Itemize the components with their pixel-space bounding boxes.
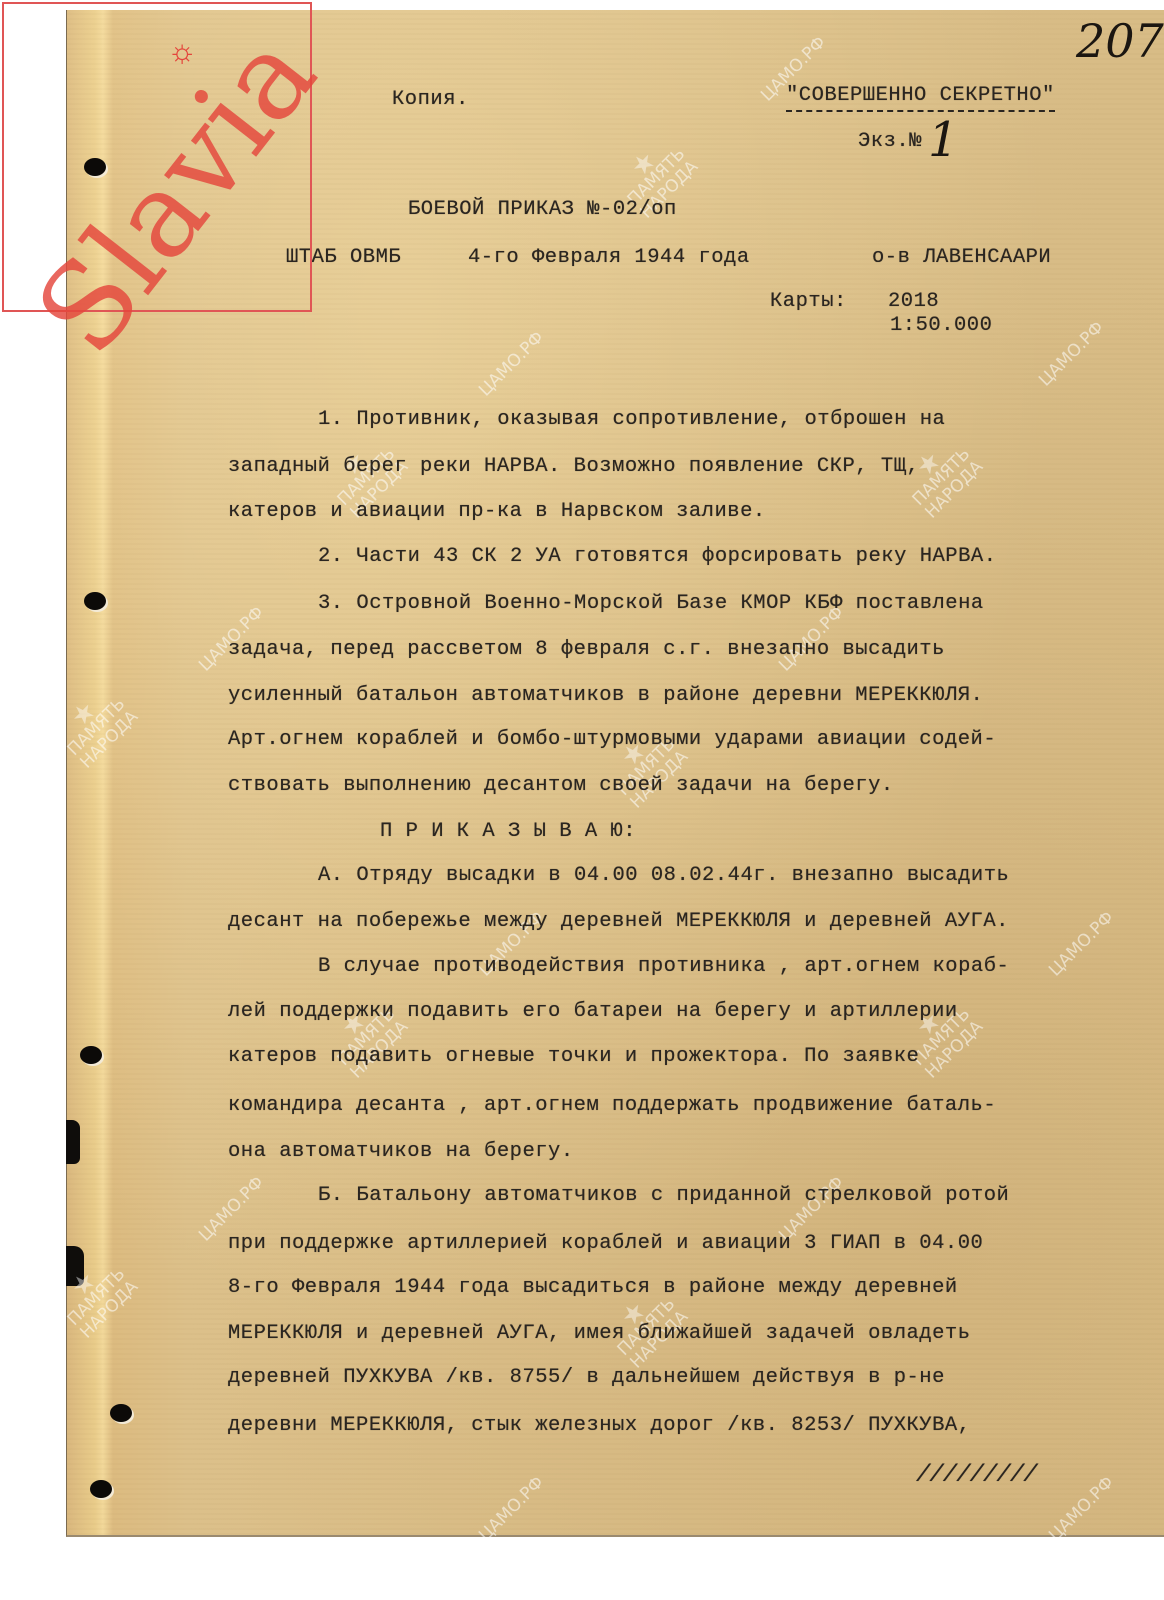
order-heading: П Р И К А З Ы В А Ю:: [380, 820, 636, 843]
body-line: катеров подавить огневые точки и прожект…: [228, 1045, 919, 1068]
body-line: деревней ПУХКУВА /кв. 8755/ в дальнейшем…: [228, 1366, 945, 1389]
classification-label: "СОВЕРШЕННО СЕКРЕТНО": [786, 84, 1055, 112]
body-line: Арт.огнем кораблей и бомбо-штурмовыми уд…: [228, 728, 996, 751]
body-line: западный берег реки НАРВА. Возможно появ…: [228, 455, 919, 478]
body-line: лей поддержки подавить его батареи на бе…: [228, 1000, 958, 1023]
maps-label: Карты:: [770, 290, 847, 313]
body-line: 1. Противник, оказывая сопротивление, от…: [318, 408, 945, 431]
paper-tear: [66, 1120, 80, 1164]
copy-label: Копия.: [392, 88, 469, 111]
body-line: катеров и авиации пр-ка в Нарвском залив…: [228, 500, 766, 523]
body-line: В случае противодействия противника , ар…: [318, 955, 1009, 978]
copy-number-handwritten: 1: [928, 112, 959, 168]
punch-hole: [110, 1404, 132, 1422]
punch-hole: [80, 1046, 102, 1064]
body-line: она автоматчиков на берегу.: [228, 1140, 574, 1163]
maps-sheet: 2018: [888, 290, 939, 313]
body-line: командира десанта , арт.огнем поддержать…: [228, 1094, 996, 1117]
body-line: А. Отряду высадки в 04.00 08.02.44г. вне…: [318, 864, 1009, 887]
body-line: Б. Батальону автоматчиков с приданной ст…: [318, 1184, 1009, 1207]
maps-scale: 1:50.000: [890, 314, 992, 337]
body-line: ствовать выполнению десантом своей задач…: [228, 774, 894, 797]
body-line: МЕРЕККЮЛЯ и деревней АУГА, имея ближайше…: [228, 1322, 971, 1345]
header-date: 4-го Февраля 1944 года: [468, 246, 750, 269]
body-line: 8-го Февраля 1944 года высадиться в райо…: [228, 1276, 958, 1299]
continuation-mark: /////////: [916, 1462, 1037, 1489]
body-line: десант на побережье между деревней МЕРЕК…: [228, 910, 1009, 933]
body-line: при поддержке артиллерией кораблей и ави…: [228, 1232, 983, 1255]
punch-hole: [84, 592, 106, 610]
slavia-stamp: ☼ Slavia: [2, 2, 312, 312]
document-title: БОЕВОЙ ПРИКАЗ №-02/оп: [408, 198, 677, 221]
body-line: 3. Островной Военно-Морской Базе КМОР КБ…: [318, 592, 984, 615]
copy-number-label: Экз.№: [858, 130, 922, 153]
body-line: задача, перед рассветом 8 февраля с.г. в…: [228, 638, 945, 661]
page-number-handwritten: 207: [1076, 14, 1164, 68]
body-line: 2. Части 43 СК 2 УА готовятся форсироват…: [318, 545, 997, 568]
body-line: усиленный батальон автоматчиков в районе…: [228, 684, 983, 707]
body-line: деревни МЕРЕККЮЛЯ, стык железных дорог /…: [228, 1414, 971, 1437]
header-location: о-в ЛАВЕНСААРИ: [872, 246, 1051, 269]
punch-hole: [90, 1480, 112, 1498]
